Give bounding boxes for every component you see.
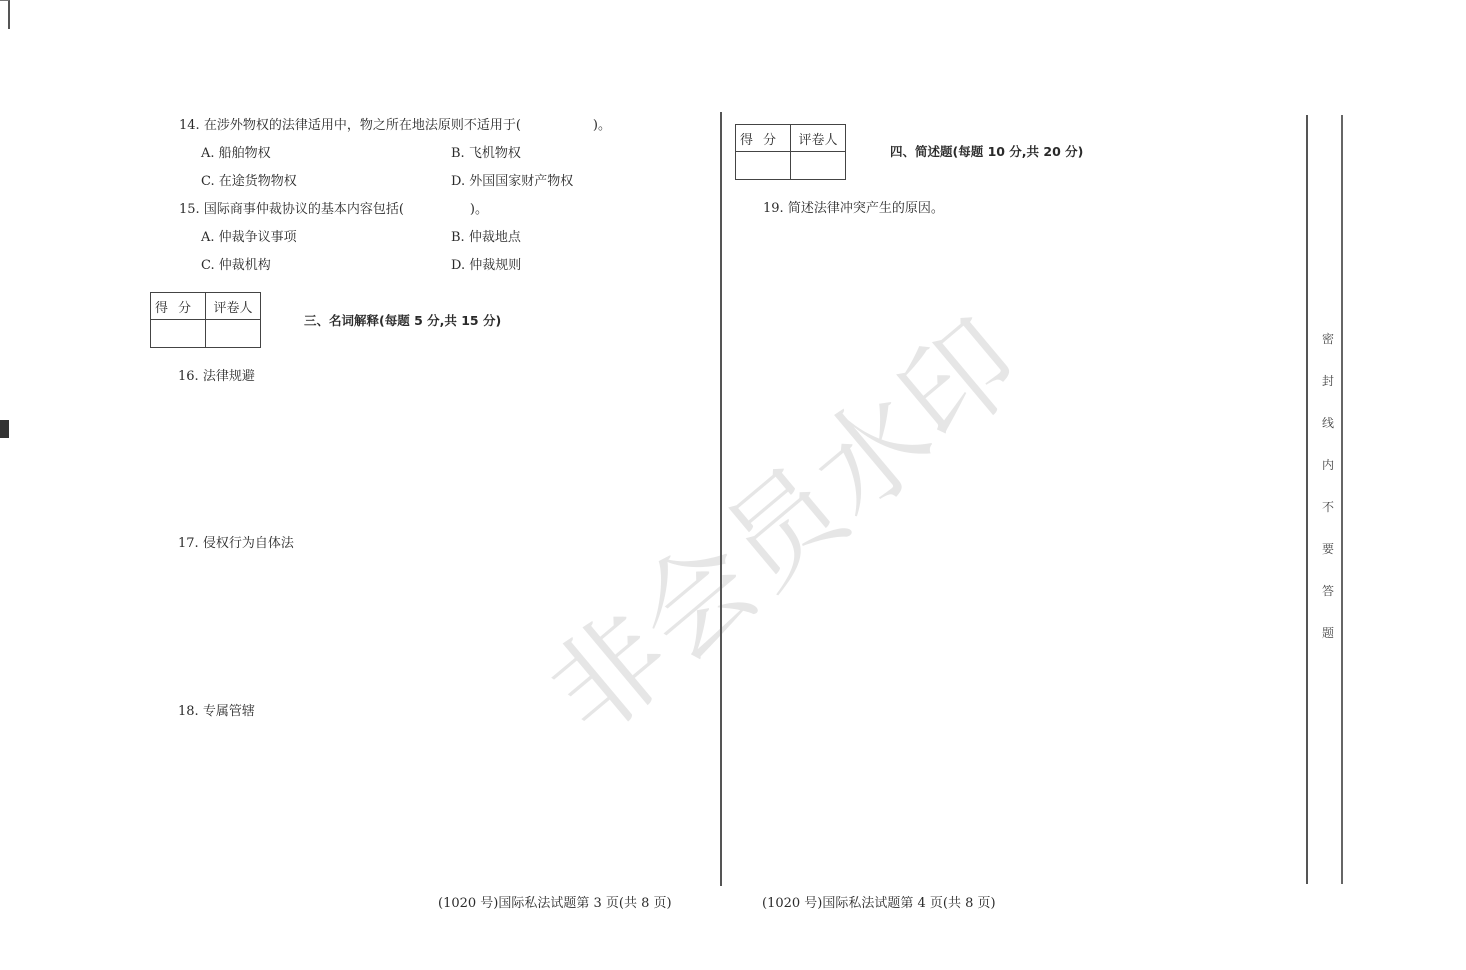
seal-line-outer — [1341, 115, 1343, 884]
grader-cell[interactable] — [791, 152, 846, 180]
score-label: 得分 — [736, 125, 791, 152]
option-15b[interactable]: B. 仲裁地点 — [451, 230, 521, 246]
option-15d[interactable]: D. 仲裁规则 — [451, 258, 521, 274]
scan-corner-mark — [0, 0, 10, 29]
answer-area-19[interactable] — [763, 225, 1283, 865]
option-15c[interactable]: C. 仲裁机构 — [201, 258, 271, 274]
question-14-stem: 14. 在涉外物权的法律适用中，物之所在地法原则不适用于()。 — [179, 118, 611, 134]
answer-area-17[interactable] — [178, 560, 698, 695]
option-14c[interactable]: C. 在途货物物权 — [201, 174, 297, 190]
score-table-section-3: 得分 评卷人 — [150, 292, 261, 348]
term-18: 18. 专属管辖 — [178, 704, 255, 720]
option-14a[interactable]: A. 船舶物权 — [201, 146, 271, 162]
answer-area-16[interactable] — [178, 392, 698, 527]
grader-label: 评卷人 — [206, 293, 261, 320]
term-17: 17. 侵权行为自体法 — [178, 536, 294, 552]
seal-line-inner — [1306, 115, 1308, 884]
section-4-title: 四、简述题(每题 10 分,共 20 分) — [890, 144, 1083, 160]
score-cell[interactable] — [736, 152, 791, 180]
scan-edge-block — [0, 420, 9, 438]
option-15a[interactable]: A. 仲裁争议事项 — [201, 230, 297, 246]
option-14b[interactable]: B. 飞机物权 — [451, 146, 521, 162]
option-14d[interactable]: D. 外国国家财产物权 — [451, 174, 573, 190]
section-3-title: 三、名词解释(每题 5 分,共 15 分) — [304, 313, 501, 329]
grader-cell[interactable] — [206, 320, 261, 348]
page-footer-left: (1020 号)国际私法试题第 3 页(共 8 页) — [438, 892, 672, 911]
score-table-section-4: 得分 评卷人 — [735, 124, 846, 180]
question-19: 19. 简述法律冲突产生的原因。 — [763, 201, 944, 217]
score-cell[interactable] — [151, 320, 206, 348]
score-label: 得分 — [151, 293, 206, 320]
seal-notice: 密 封 线 内 不 要 答 题 — [1318, 318, 1338, 654]
answer-area-18[interactable] — [178, 728, 698, 868]
page-divider — [720, 112, 722, 886]
question-15-stem: 15. 国际商事仲裁协议的基本内容包括()。 — [179, 202, 488, 218]
grader-label: 评卷人 — [791, 125, 846, 152]
page-footer-right: (1020 号)国际私法试题第 4 页(共 8 页) — [762, 892, 996, 911]
term-16: 16. 法律规避 — [178, 369, 255, 385]
